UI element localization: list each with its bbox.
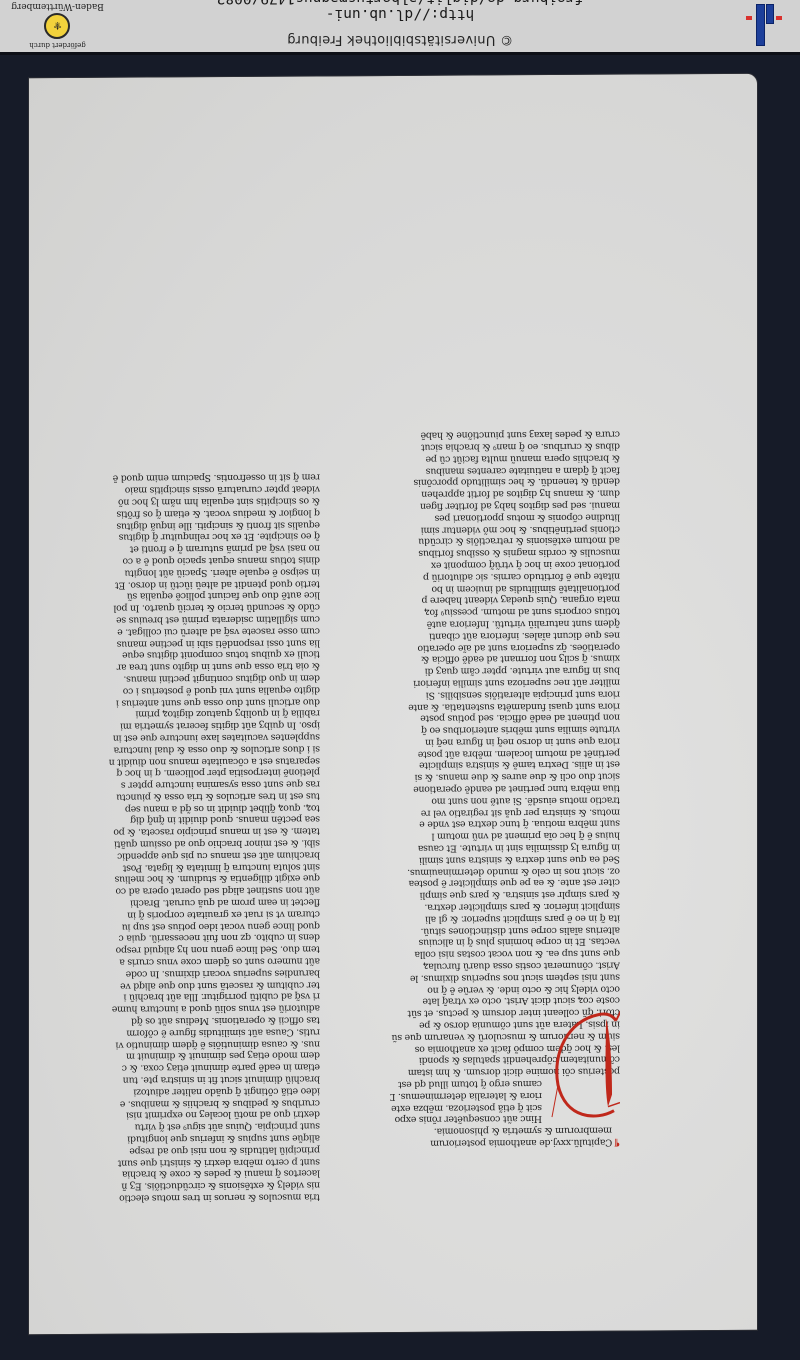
text-line: toꝝ. quoꝝ q̃libet diuidit in os q̃d a ma…	[90, 801, 320, 814]
text-line: tiua mẽbra tunc pertinet ad eandẽ operat…	[390, 782, 620, 795]
chapter-heading-cont: membrorum & symetria & phisonomia.	[390, 1124, 620, 1137]
text-line: sibi. & est minor brachio quo ad ossium …	[90, 837, 320, 850]
text-line: dem modo etiaʒ pes diminuit & diminuit m	[90, 1049, 320, 1062]
text-line: Arist. cõnumerat costis ossa duarũ furcu…	[390, 959, 620, 972]
text-line: & os sincipitis sint equalia hm nãm lʒ h…	[90, 495, 320, 508]
text-line: ticuli ex quibus totus componit digitus …	[90, 648, 320, 661]
text-line: totius corporis sunt ad motum. pcessiuꝰ …	[390, 605, 620, 618]
text-line: no nasi vsq̃ ad primã suturam q̃ e front…	[90, 542, 320, 555]
text-line: cũdo & secundũ tercio & terciũ quarto. I…	[90, 601, 320, 614]
text-line: crura & pedes laxaꝫ sunt piunctiõne & ha…	[390, 428, 620, 441]
chapter-heading: ¶Capitulũ.xxvj.de anathomia posteriorum	[390, 1136, 620, 1149]
text-column-left: ¶Capitulũ.xxvj.de anathomia posteriorum …	[390, 428, 620, 1149]
ub-freiburg-logo-icon[interactable]	[742, 2, 782, 46]
text-line: supplentes vacuitates laxe iuncture que …	[90, 731, 320, 744]
text-line: portionat coxe in hoc q̃ vtrũq̃ componit…	[390, 558, 620, 571]
text-line: lia sunt ossi respondẽti sibi in pectine…	[90, 636, 320, 649]
text-line: non ptinent ad eadẽ officia. sed potius …	[390, 711, 620, 724]
text-line: coste coꝝ sicut dicit Arist. octo ex vtr…	[390, 994, 620, 1007]
text-line: riora sunt principia alteratiõis sensibi…	[390, 688, 620, 701]
text-line: ipso. In quibʒ aũt digitis fecerat symet…	[90, 719, 320, 732]
text-line: nitate que ẽ fortitudo carnis. sic adiut…	[390, 570, 620, 583]
text-line: cruribus & pedibus & brachiis & manibus.…	[90, 1096, 320, 1109]
text-column-right: tria musculos & neruos in tres motus ele…	[90, 471, 320, 1204]
text-line: dendũ & tenendũ. & hec similitudo pporcõ…	[390, 475, 620, 488]
text-line: etiam in eadẽ parte diminuit etiaʒ coxa.…	[90, 1061, 320, 1074]
text-line: vectas. Et in corpe hominis plus q̃ in a…	[390, 935, 620, 948]
funder-badge[interactable]: gefördert durch ⚜ Baden-Württemberg	[5, 0, 110, 49]
text-line: & brachiis opera manuũ multa faciũt cũ p…	[390, 452, 620, 465]
text-line: principiũ latitudis & non nisi quo ad re…	[90, 1143, 320, 1156]
text-line: duo articuli sunt duo ossa que sunt ante…	[90, 695, 320, 708]
text-line: ctionis pertinẽtibus. & hoc mõ videntur …	[390, 522, 620, 535]
text-line: aliqũe sunt supius & inferius que longit…	[90, 1132, 320, 1145]
text-line: ri vsq̃ ad cubitũ porrigitur. Illa aũt b…	[90, 990, 320, 1003]
text-line: q̃ eo sincipite. Et ex hoc relinquitur q…	[90, 530, 320, 543]
text-line: adiutoriũ est vnus soliũ quod a iunctura…	[90, 1002, 320, 1015]
text-line: nus. & causa diminutiõis ẽ q̃dem diminut…	[90, 1037, 320, 1050]
text-line: mata organa. Quis quedaʒ videant habere …	[390, 593, 620, 606]
chapter-heading-text: Capitulũ.xxvj.de anathomia posteriorum	[430, 1137, 612, 1149]
text-line: rabilia q̃ in quolibʒ quatuoz digitoꝝ pr…	[90, 707, 320, 720]
text-line: q longior & medius vocat. & etiam q̃ os …	[90, 506, 320, 519]
text-line: portionalitatẽ similitudis ad inuicem in…	[390, 581, 620, 594]
text-line: facit q̃ q̃dam a natiuitate carentes man…	[390, 463, 620, 476]
text-line: huius ẽ q̃ hec oĩa priment ad vnũ motum …	[390, 829, 620, 842]
text-line: rem q̃ sit in ossefrontis. Spacium enim …	[90, 471, 320, 484]
text-line: nes que dicunt aĩales. inferiora aũt cib…	[390, 629, 620, 642]
text-line: barundies superius vocari diximus. In co…	[90, 967, 320, 980]
text-line: militer aũt nec superioza sunt similia i…	[390, 676, 620, 689]
baden-wuerttemberg-crest-icon: ⚜	[45, 13, 71, 39]
text-line: operatiões. q̃z superiora sunt ad aĩe op…	[390, 640, 620, 653]
funder-label: gefördert durch	[5, 41, 110, 49]
text-line: lacertos q̃ manui & pedes & coxe & brach…	[90, 1167, 320, 1180]
text-line: aũt non sustinet aliqd sed operat opera …	[90, 884, 320, 897]
text-line: tem duo. Sed lince genu non hʒ aliquid r…	[90, 943, 320, 956]
text-line: dem in quo digitus contingit pectini man…	[90, 672, 320, 685]
text-line: dens in cubito. qz non fuit necessariũ. …	[90, 931, 320, 944]
text-line: tria musculos & neruos in tres motus ele…	[90, 1191, 320, 1204]
text-line: ter cubitum & rascetã sunt duo que aliqd…	[90, 978, 320, 991]
text-line: cum osse rascete vsq̃ ad alterũ cui coll…	[90, 624, 320, 637]
permalink-url[interactable]: http://dl.ub.uni-freiburg.de/diglit/albe…	[180, 0, 620, 22]
text-line: Sed ea que sunt dextra & sinistra sunt s…	[390, 853, 620, 866]
funder-name: Baden-Württemberg	[5, 1, 110, 11]
pilcrow-icon: ¶	[614, 1137, 620, 1148]
text-line: pertinẽt ad motum localem. mẽbra aũt pos…	[390, 747, 620, 760]
text-line: tractio motus eiusdẽ. Si autẽ non sunt m…	[390, 794, 620, 807]
text-line: tas officii & operationis. Medius aũt os…	[90, 1014, 320, 1027]
text-line: dinis totius manus equat spacio quod ẽ a…	[90, 554, 320, 567]
text-line: quod lince genu vocat ideo potius est su…	[90, 919, 320, 932]
text-line: pletionẽ interpositia pter pollicem. q i…	[90, 766, 320, 779]
text-line: riora que sunt in dorso neq̃ in figura n…	[390, 735, 620, 748]
text-line: sunt mẽbra motiua. q̃ tunc dextra est vn…	[390, 817, 620, 830]
scanned-page: ¶Capitulũ.xxvj.de anathomia posteriorum …	[29, 74, 757, 1334]
text-line: dum. & manus hʒ digitos ad fortit appreh…	[390, 487, 620, 500]
text-line: manui. sed pes digitos habʒ ad fortiter …	[390, 499, 620, 512]
text-line: tus est in tres articulos & tria ossa & …	[90, 790, 320, 803]
text-line: & pars simplr est sinistra. & pars que s…	[390, 888, 620, 901]
text-line: cturam vt si ruat ex grauitate corporis …	[90, 908, 320, 921]
text-line: rutis. Causa aũt similitudis figure ẽ cõ…	[90, 1025, 320, 1038]
text-line: flectet in eam prom ad quã curuat. Brach…	[90, 896, 320, 909]
text-line: sunt principia. Quius aũt siguꝰ est q̃ v…	[90, 1120, 320, 1133]
text-line: virtute similia sunt mẽbris anterioribus…	[390, 723, 620, 736]
text-line: ita q̃ in eo ẽ pars simplicit superior. …	[390, 912, 620, 925]
text-line: bus in figura aut virtute. ppter cãm qua…	[390, 664, 620, 677]
text-line: sicut duo ocli & due aures & due manus. …	[390, 770, 620, 783]
text-line: separatus est a cõcauitate manus non diu…	[90, 754, 320, 767]
text-line: musculis & cordis magnis & ossibus forti…	[390, 546, 620, 559]
text-line: riora sunt quasi fundamẽta sustentatia. …	[390, 699, 620, 712]
text-line: alterius aĩalis corpe sunt distinctiones…	[390, 923, 620, 936]
text-line: tertio quod ptendit ad alteũ iũctũ in do…	[90, 577, 320, 590]
text-line: brachiũ diminuit sicut fit in sinistra p…	[90, 1073, 320, 1086]
chapter-heading-cont-text: membrorum & symetria & phisonomia.	[434, 1125, 620, 1137]
text-line: oz. sicut nos in celo & mundo determinau…	[390, 864, 620, 877]
attribution-bar: © Universitätsbibliothek Freiburg http:/…	[0, 0, 800, 55]
text-line: & oia tria ossa que sunt in digito sunt …	[90, 660, 320, 673]
text-line: octo videlʒ hic & octo inde. & verũe ẽ q…	[390, 982, 620, 995]
text-line: nis videlʒ & extẽsionis & circũductiõis.…	[90, 1179, 320, 1192]
text-line: in figura lʒ dissimilia sint in virtute.…	[390, 841, 620, 854]
text-line: videat ppter curuaturã ossis sincipitis …	[90, 483, 320, 496]
text-line: in seipso ẽ equale alteri. Spaciũ aũt lo…	[90, 565, 320, 578]
copyright-text: © Universitätsbibliothek Freiburg	[180, 32, 620, 47]
viewer-canvas: ¶Capitulũ.xxvj.de anathomia posteriorum …	[0, 0, 800, 1360]
text-line: brachium aũt est manus cu pis que append…	[90, 849, 320, 862]
text-line: cum sigillatim ɔsiderata primũ est breui…	[90, 613, 320, 626]
text-line: que exigit diligentia & studium. & hoc m…	[90, 872, 320, 885]
text-line: sunt nisi septem sicut nos superius dixi…	[390, 971, 620, 984]
decorated-initial-d-icon	[550, 1007, 620, 1125]
text-line: equalis sit fronti & sincipiti. ille inq…	[90, 518, 320, 531]
text-line: lice autẽ duo que faciunt pollicẽ equali…	[90, 589, 320, 602]
text-line: sint soluta iunctura q̃ limitata & ligat…	[90, 860, 320, 873]
text-line: motus. & sinistra per quã sit regiratio …	[390, 806, 620, 819]
text-line: si i duos articulos & duo ossa & dual iu…	[90, 742, 320, 755]
text-line: litudine cõponis & motus pportionari pes	[390, 511, 620, 524]
text-line: est in aliis. Dextra tamẽ & sinistra sim…	[390, 758, 620, 771]
text-line: sunt p certo mẽbra dextri & sinistri que…	[90, 1155, 320, 1168]
text-line: q̃dem sunt naturaliũ virtutũ. Inferiora …	[390, 617, 620, 630]
text-line: dextri quo ad motũ localeʒ no exprimit n…	[90, 1108, 320, 1121]
text-line: aũt numero sunt os q̃dem coxe vnus cruri…	[90, 955, 320, 968]
text-line: citer est ante. & ea pe que simpliciter …	[390, 876, 620, 889]
text-line: digito equalia sunt vni quod ẽ posterius…	[90, 683, 320, 696]
text-line: ad motum extẽsionis & retractiõis & circ…	[390, 534, 620, 547]
text-line: dibus & cruribus. eo q̃ manꝰ & brachia s…	[390, 440, 620, 453]
text-line: tatem. & est in manus principio rasceta.…	[90, 825, 320, 838]
text-line: ideo etiã cõtingit q̃ quãdo naliter adiu…	[90, 1084, 320, 1097]
text-line: simplicit inferior. & pars simpliciter d…	[390, 900, 620, 913]
text-line: que sunt sup ea. & non vocat costas nisi…	[390, 947, 620, 960]
text-line: sea pectẽn manus. quod diuidit in q̃nq̃ …	[90, 813, 320, 826]
text-line: ras que sunt ossa sysamina iuncture ppte…	[90, 778, 320, 791]
text-line: ximus. q̃ scilʒ non formant ad eadẽ offi…	[390, 652, 620, 665]
